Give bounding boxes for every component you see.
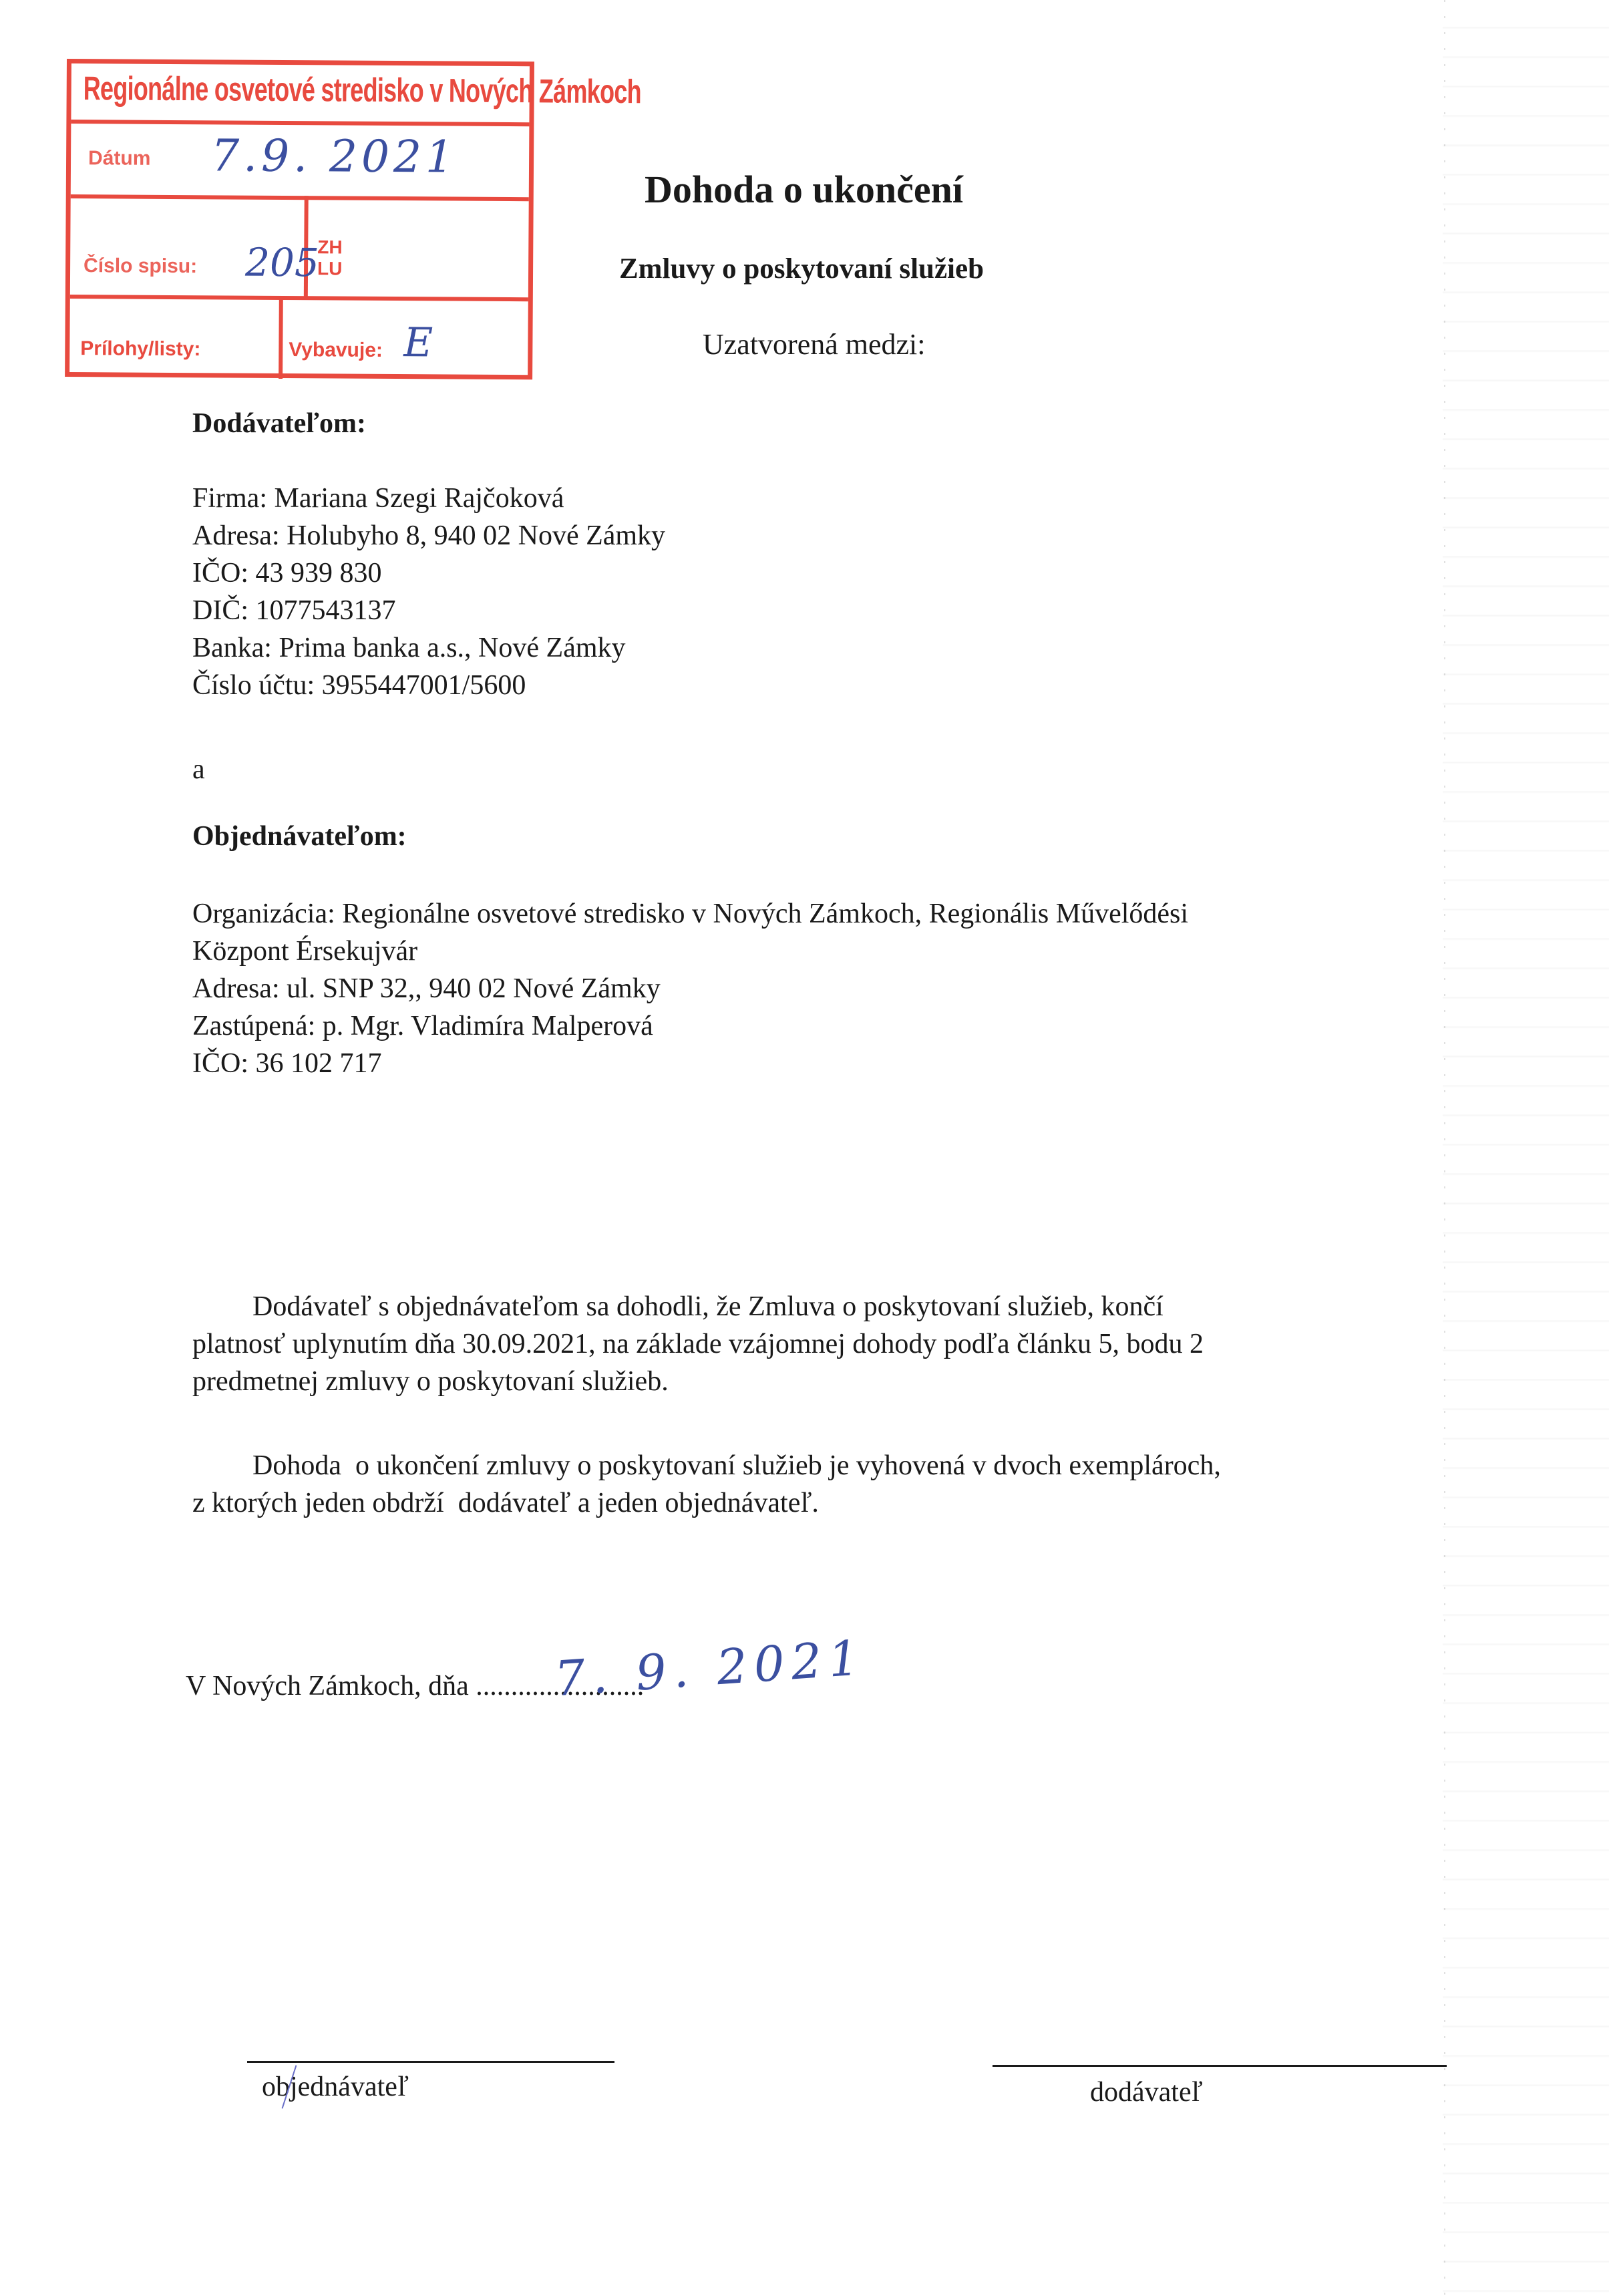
stamp-code-lu: LU	[317, 259, 343, 279]
paragraph-termination: Dodávateľ s objednávateľom sa dohodli, ž…	[192, 1288, 1415, 1400]
paragraph-line: Dohoda o ukončení zmluvy o poskytovaní s…	[192, 1447, 1415, 1484]
scan-artifact-line	[1444, 0, 1445, 2296]
customer-heading: Objednávateľom:	[192, 820, 407, 852]
supplier-dic: DIČ: 1077543137	[192, 592, 665, 629]
paragraph-line: platnosť uplynutím dňa 30.09.2021, na zá…	[192, 1325, 1415, 1363]
customer-organization-cont: Központ Érsekujvár	[192, 933, 1188, 970]
customer-organization: Organizácia: Regionálne osvetové stredis…	[192, 895, 1188, 933]
supplier-account: Číslo účtu: 3955447001/5600	[192, 667, 665, 704]
document-subtitle: Zmluvy o poskytovaní služieb	[619, 253, 984, 285]
signature-label-supplier: dodávateľ	[1090, 2076, 1203, 2108]
signature-line-customer	[247, 2061, 614, 2063]
stamp-title: Regionálne osvetové stredisko v Nových Z…	[83, 69, 401, 110]
stamp-date-label: Dátum	[88, 147, 151, 170]
stamp-date-value: 7.9. 2021	[211, 130, 458, 182]
stamp-divider	[279, 296, 283, 379]
stamp-attachments-label: Prílohy/listy:	[80, 337, 200, 361]
stamp-divider	[71, 194, 529, 201]
paragraph-line: z ktorých jeden obdrží dodávateľ a jeden…	[192, 1484, 1415, 1522]
scan-artifact-edge	[1443, 0, 1609, 2296]
paragraph-line: Dodávateľ s objednávateľom sa dohodli, ž…	[192, 1288, 1415, 1325]
registry-stamp: Regionálne osvetové stredisko v Nových Z…	[65, 59, 534, 379]
customer-address: Adresa: ul. SNP 32,, 940 02 Nové Zámky	[192, 970, 1188, 1007]
stamp-divider	[71, 120, 529, 126]
supplier-company: Firma: Mariana Szegi Rajčoková	[192, 480, 665, 517]
stamp-divider	[70, 295, 528, 301]
customer-ico: IČO: 36 102 717	[192, 1045, 1188, 1082]
stamp-handled-by-label: Vybavuje:	[289, 339, 383, 362]
place-date-text: V Nových Zámkoch, dňa	[186, 1671, 469, 1701]
supplier-address: Adresa: Holubyho 8, 940 02 Nové Zámky	[192, 517, 665, 554]
supplier-ico: IČO: 43 939 830	[192, 554, 665, 592]
stamp-file-number-value: 205	[245, 240, 319, 286]
supplier-heading: Dodávateľom:	[192, 407, 366, 440]
customer-details: Organizácia: Regionálne osvetové stredis…	[192, 895, 1188, 1082]
signature-line-supplier	[993, 2065, 1447, 2067]
stamp-handled-by-initial: E	[403, 319, 433, 366]
signature-label-customer: objednávateľ	[262, 2071, 409, 2103]
document-title: Dohoda o ukončení	[645, 167, 963, 212]
handwritten-date: 7. 9. 2021	[553, 1629, 868, 1707]
stamp-file-number-label: Číslo spisu:	[83, 255, 197, 278]
stamp-code-zh: ZH	[317, 237, 343, 257]
paragraph-line: predmetnej zmluvy o poskytovaní služieb.	[192, 1363, 1415, 1400]
concluded-between: Uzatvorená medzi:	[703, 327, 926, 361]
customer-representative: Zastúpená: p. Mgr. Vladimíra Malperová	[192, 1007, 1188, 1045]
conjunction-and: a	[192, 754, 205, 786]
paragraph-copies: Dohoda o ukončení zmluvy o poskytovaní s…	[192, 1447, 1415, 1522]
supplier-bank: Banka: Prima banka a.s., Nové Zámky	[192, 629, 665, 667]
supplier-details: Firma: Mariana Szegi Rajčoková Adresa: H…	[192, 480, 665, 704]
